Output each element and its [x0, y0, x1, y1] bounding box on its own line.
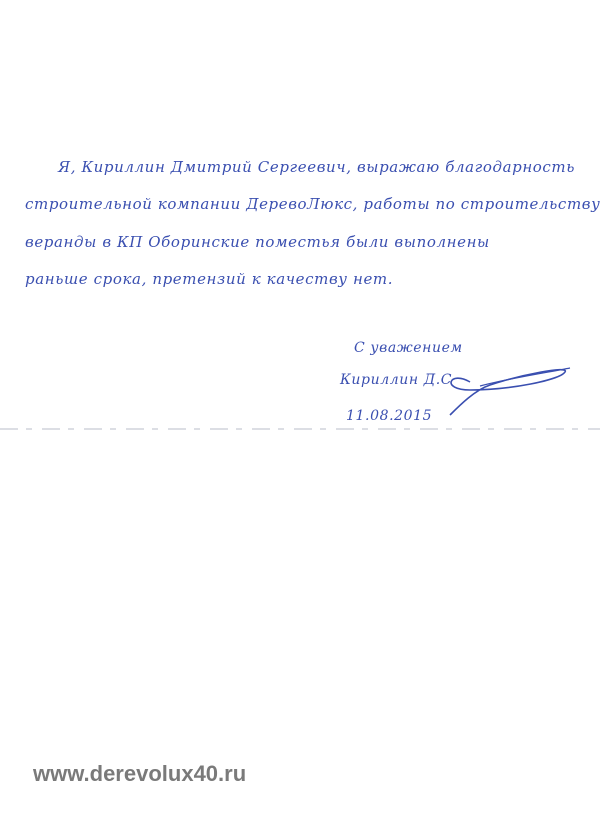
- letter-line-4: раньше срока, претензий к качеству нет.: [25, 270, 393, 288]
- letter-date: 11.08.2015: [346, 408, 432, 424]
- scan-line-divider: [0, 426, 600, 432]
- signature-scribble-icon: [430, 360, 580, 420]
- scanned-letter-page: Я, Кириллин Дмитрий Сергеевич, выражаю б…: [0, 0, 600, 814]
- letter-line-3: веранды в КП Оборинские поместья были вы…: [25, 233, 490, 251]
- website-link[interactable]: www.derevolux40.ru: [33, 761, 246, 787]
- closing-text: С уважением: [354, 340, 463, 356]
- letter-line-1: Я, Кириллин Дмитрий Сергеевич, выражаю б…: [58, 158, 575, 176]
- letter-line-2: строительной компании ДеревоЛюкс, работы…: [25, 195, 600, 213]
